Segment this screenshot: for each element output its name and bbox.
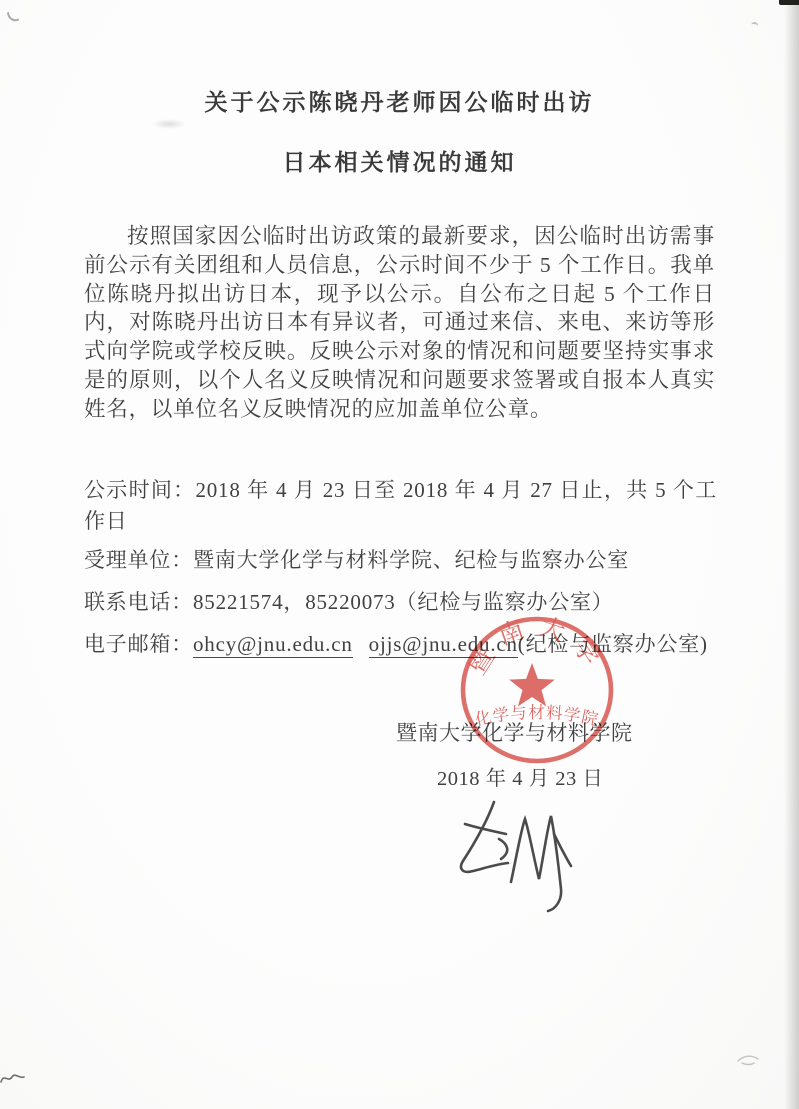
scan-artifact-title-smudge (152, 119, 186, 129)
seal-banner-text: 化学与材料学院 (473, 703, 601, 729)
signature-stroke (461, 802, 508, 872)
signature-stroke (511, 816, 561, 911)
svg-text:暨南大学: 暨南大学 (463, 612, 610, 679)
scanned-notice-page: 关于公示陈晓丹老师因公临时出访 日本相关情况的通知 按照国家因公临时出访政策的最… (0, 0, 799, 1109)
official-seal: 暨南大学 化学与材料学院 (455, 611, 619, 771)
field-email: 电子邮箱：ohcy@jnu.edu.cnojjs@jnu.edu.cn(纪检与监… (84, 629, 717, 660)
email-address-primary: ohcy@jnu.edu.cn (193, 632, 353, 658)
field-publicity-time: 公示时间：2018 年 4 月 23 日至 2018 年 4 月 27 日止，共… (84, 475, 717, 537)
signature-stroke (465, 824, 506, 834)
field-contact-phone: 联系电话：85221574，85220073（纪检与监察办公室） (84, 587, 717, 618)
scan-artifact-bottom-right-smudge (735, 1052, 761, 1068)
scan-artifact-top-right-bar (779, 0, 799, 5)
seal-ring-text: 暨南大学 (463, 612, 610, 679)
notice-title-line1: 关于公示陈晓丹老师因公临时出访 (0, 84, 799, 117)
field-accepting-unit: 受理单位：暨南大学化学与材料学院、纪检与监察办公室 (84, 545, 717, 576)
scan-artifact-bottom-left-squiggle (0, 1068, 26, 1088)
notice-body-paragraph: 按照国家因公临时出访政策的最新要求，因公临时出访需事前公示有关团组和人员信息，公… (84, 222, 715, 424)
handwritten-signature (440, 786, 590, 921)
email-label: 电子邮箱： (84, 632, 193, 656)
signature-stroke (499, 839, 507, 859)
notice-title-line2: 日本相关情况的通知 (0, 144, 799, 177)
scan-artifact-top-left-speck (7, 10, 20, 23)
scan-artifact-top-right-speck (750, 21, 758, 29)
seal-star-icon (509, 663, 555, 706)
scan-artifact-right-edge-band (784, 0, 799, 1109)
svg-text:化学与材料学院: 化学与材料学院 (473, 703, 601, 729)
